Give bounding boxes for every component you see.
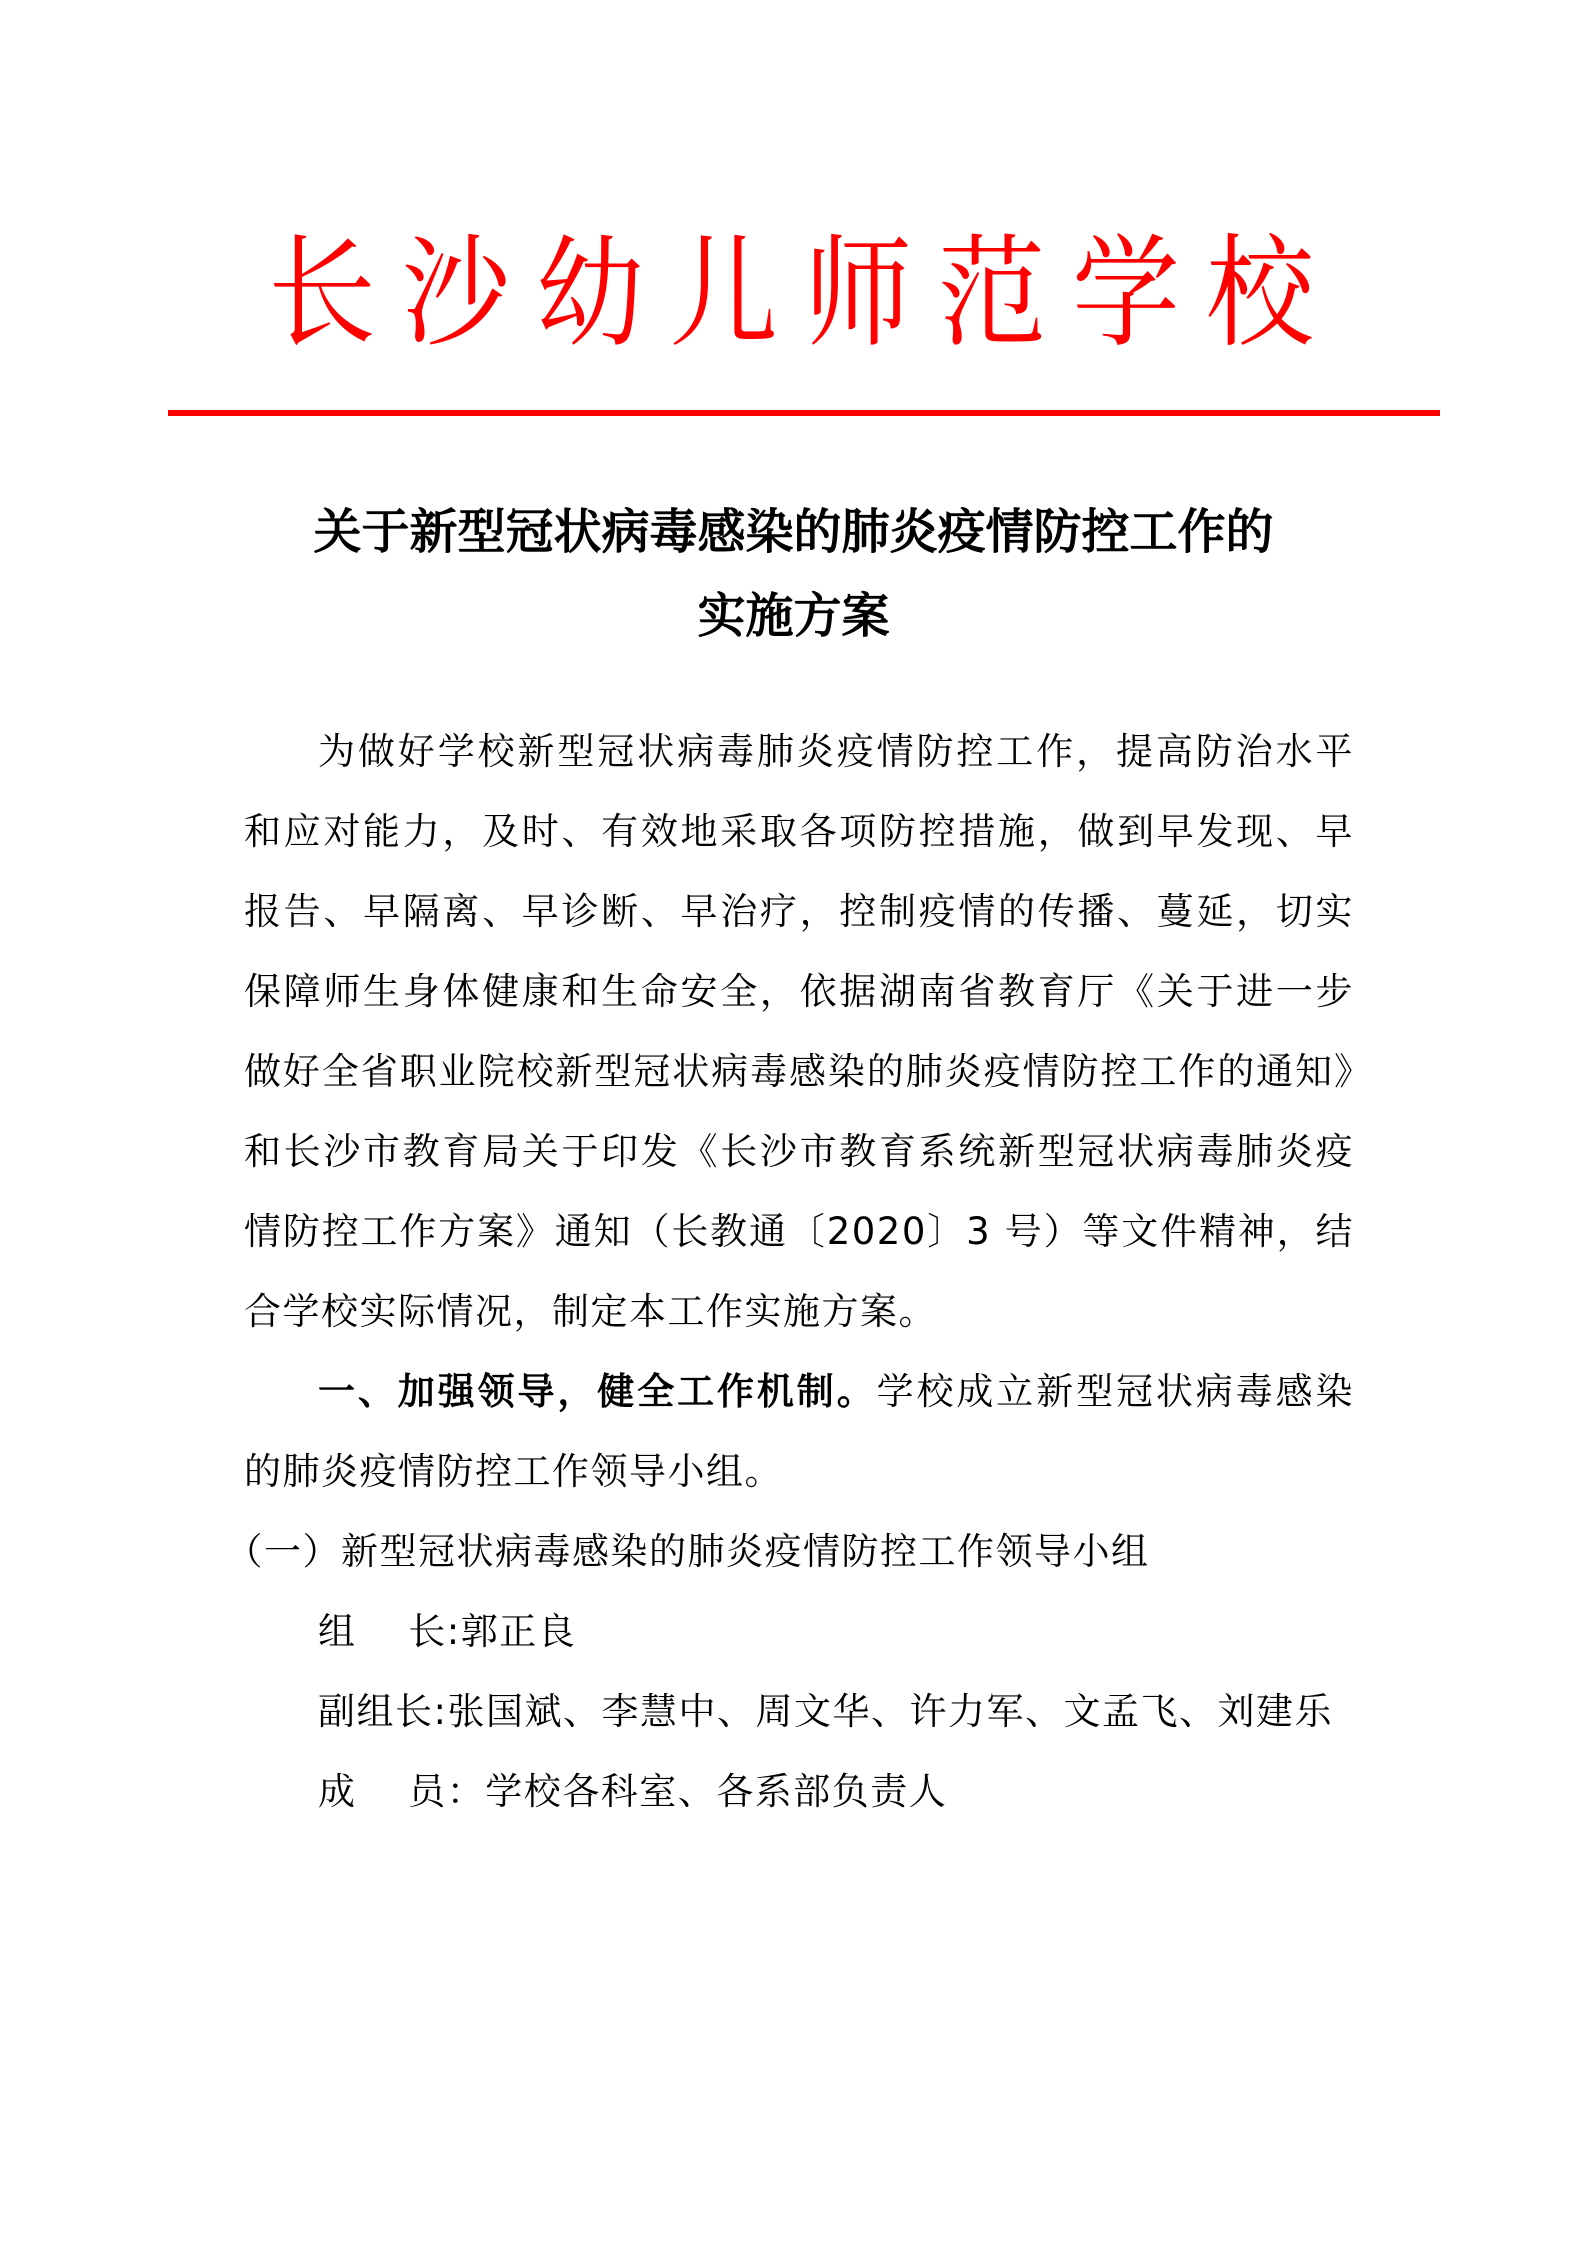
letterhead-org-name: 长沙幼儿师范学校: [168, 222, 1440, 368]
document-title-line-2: 实施方案: [200, 574, 1387, 658]
members-text: 学校各科室、各系部负责人: [485, 1770, 947, 1813]
leader-name: 郭正良: [461, 1610, 577, 1653]
leader-line: 组长:郭正良: [244, 1592, 1354, 1672]
document-title-line-1: 关于新型冠状病毒感染的肺炎疫情防控工作的: [200, 490, 1387, 574]
deputy-label: 副组长:: [318, 1690, 447, 1733]
document-title: 关于新型冠状病毒感染的肺炎疫情防控工作的 实施方案: [200, 490, 1387, 658]
document-page: 长沙幼儿师范学校 关于新型冠状病毒感染的肺炎疫情防控工作的 实施方案 为做好学校…: [0, 0, 1587, 2245]
document-body: 为做好学校新型冠状病毒肺炎疫情防控工作，提高防治水平和应对能力，及时、有效地采取…: [244, 712, 1354, 1832]
members-label-a: 成: [318, 1770, 357, 1813]
members-line: 成员：学校各科室、各系部负责人: [244, 1752, 1354, 1832]
section-1-heading: 一、加强领导，健全工作机制。: [318, 1370, 877, 1413]
leader-label-a: 组: [318, 1610, 357, 1653]
intro-paragraph: 为做好学校新型冠状病毒肺炎疫情防控工作，提高防治水平和应对能力，及时、有效地采取…: [244, 712, 1354, 1352]
letterhead-red-rule: [168, 410, 1440, 416]
leader-label-b: 长:: [408, 1610, 460, 1653]
subsection-1-heading: （一）新型冠状病毒感染的肺炎疫情防控工作领导小组: [244, 1512, 1354, 1592]
deputy-line: 副组长:张国斌、李慧中、周文华、许力军、文孟飞、刘建乐: [244, 1672, 1354, 1752]
members-label-b: 员：: [408, 1770, 485, 1813]
section-1-paragraph: 一、加强领导，健全工作机制。学校成立新型冠状病毒感染的肺炎疫情防控工作领导小组。: [244, 1352, 1354, 1512]
deputy-names: 张国斌、李慧中、周文华、许力军、文孟飞、刘建乐: [447, 1690, 1333, 1733]
